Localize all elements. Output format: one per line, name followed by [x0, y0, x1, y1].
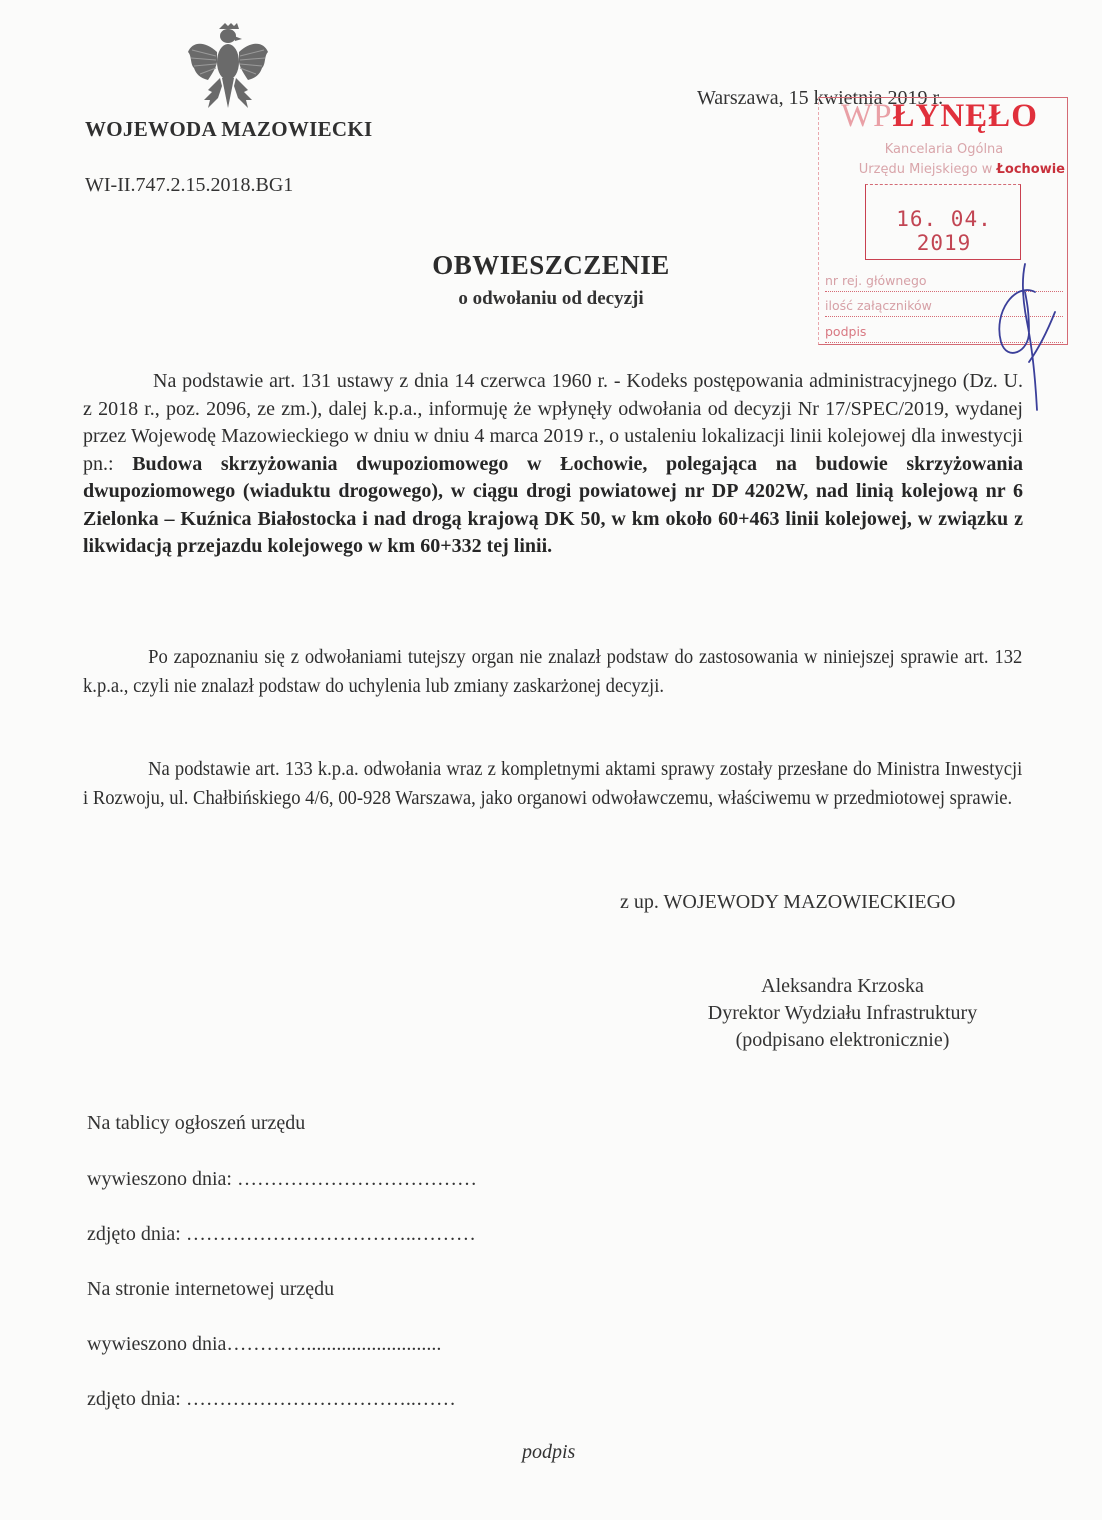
notice-board-removed-field: zdjęto dnia: ……………………………..……… [87, 1223, 476, 1246]
signer-name: Aleksandra Krzoska [650, 973, 1035, 1000]
notice-web-heading: Na stronie internetowej urzędu [87, 1278, 334, 1301]
paragraph-review-text: Po zapoznaniu się z odwołaniami tutejszy… [83, 646, 1022, 697]
issuer-name: WOJEWODA MAZOWIECKI [85, 117, 372, 142]
reference-number: WI-II.747.2.15.2018.BG1 [85, 174, 293, 197]
notice-web-removed-field: zdjęto dnia: ……………………………..…… [87, 1388, 456, 1411]
polish-eagle-emblem-icon [186, 22, 270, 114]
notice-board-posted-field: wywieszono dnia: ……………………………… [87, 1168, 477, 1191]
signer-block: Aleksandra Krzoska Dyrektor Wydziału Inf… [650, 973, 1035, 1054]
signature-label: podpis [522, 1441, 575, 1464]
notice-web-posted-field: wywieszono dnia………….....................… [87, 1333, 441, 1356]
stamp-title: WPŁYNĘŁO [841, 98, 1071, 135]
investment-name: Budowa skrzyżowania dwupoziomowego w Łoc… [83, 453, 1023, 558]
document-title: OBWIESZCZENIE [0, 250, 1102, 281]
signer-note: (podpisano elektronicznie) [650, 1027, 1035, 1054]
document-subtitle: o odwołaniu od decyzji [0, 288, 1102, 310]
stamp-date-box: 16. 04. 2019 [865, 184, 1021, 260]
stamp-town: Urzędu Miejskiego w Łochowie [819, 162, 1069, 177]
paragraph-legal-basis: Na podstawie art. 131 ustawy z dnia 14 c… [83, 368, 1023, 561]
signer-position: Dyrektor Wydziału Infrastruktury [650, 1000, 1035, 1027]
stamp-office: Kancelaria Ogólna [819, 142, 1069, 157]
authority-line: z up. WOJEWODY MAZOWIECKIEGO [620, 891, 956, 914]
notice-board-heading: Na tablicy ogłoszeń urzędu [87, 1112, 305, 1135]
paragraph-review: Po zapoznaniu się z odwołaniami tutejszy… [83, 643, 1023, 701]
stamp-date: 16. 04. 2019 [866, 207, 1022, 255]
paragraph-forwarding-text: Na podstawie art. 133 k.p.a. odwołania w… [83, 758, 1022, 809]
paragraph-forwarding: Na podstawie art. 133 k.p.a. odwołania w… [83, 755, 1023, 813]
